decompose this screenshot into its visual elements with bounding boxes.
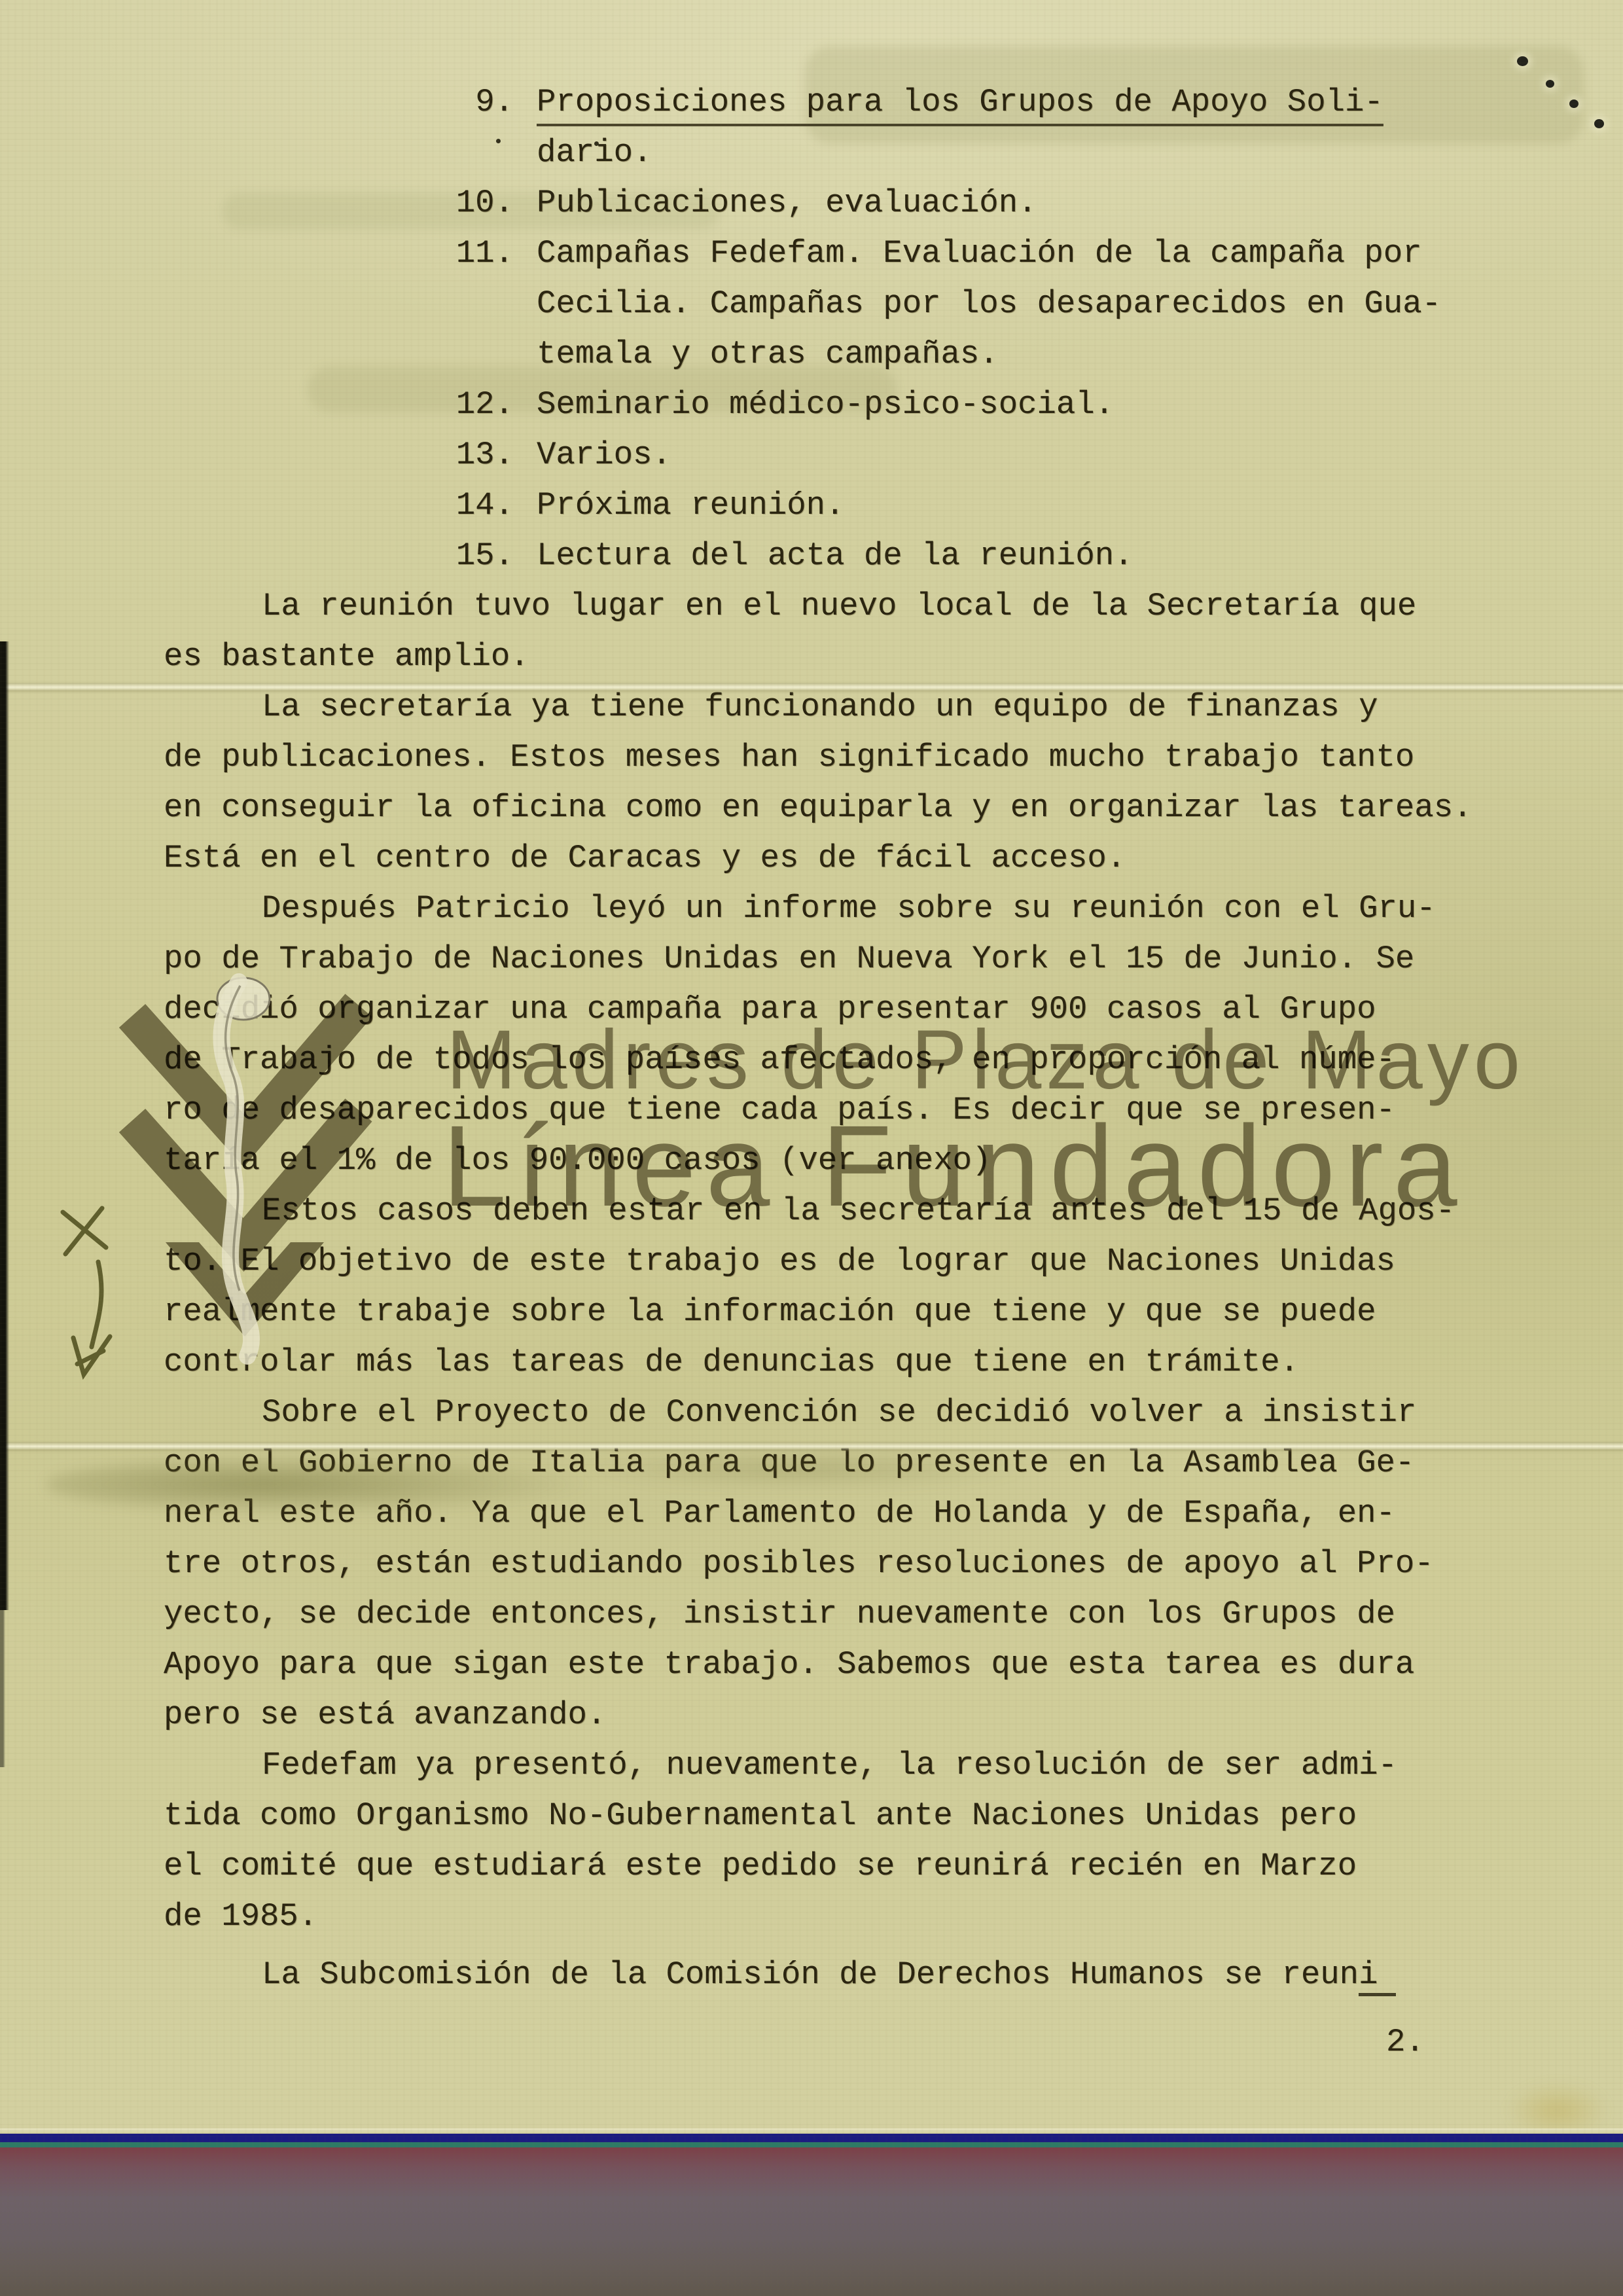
agenda-item-number: 15. [0,531,514,581]
paragraph: Sobre el Proyecto de Convención se decid… [164,1388,1623,1740]
closing-line: La Subcomisión de la Comisión de Derecho… [164,1950,1623,2000]
typed-content: 9.Proposiciones para los Grupos de Apoyo… [0,77,1623,2000]
closing-line-text: La Subcomisión de la Comisión de Derecho… [262,1956,1359,1993]
paragraph: Después Patricio leyó un informe sobre s… [164,884,1623,1186]
agenda-item-number: 10. [0,178,514,228]
paper-bottom-edge [0,2128,1623,2134]
ink-speck [1594,119,1604,128]
agenda-list: 9.Proposiciones para los Grupos de Apoyo… [0,77,1623,581]
stray-ink-dot [496,139,501,143]
stray-ink-dot [594,141,599,146]
scanner-edge-left [0,641,9,1610]
agenda-item-text: Varios. [537,430,671,480]
agenda-item: 15.Lectura del acta de la reunión. [0,531,1623,581]
agenda-item-number: 13. [0,430,514,480]
agenda-item-number: 12. [0,380,514,430]
scan-band-gray [0,2147,1623,2296]
agenda-item: 9.Proposiciones para los Grupos de Apoyo… [0,77,1623,178]
olive-stain-faint [576,1448,1034,1491]
scanned-document-page: 9.Proposiciones para los Grupos de Apoyo… [0,0,1623,2296]
scan-band-teal [0,2142,1623,2147]
agenda-item: 10.Publicaciones, evaluación. [0,178,1623,228]
agenda-item-text: Campañas Fedefam. Evaluación de la campa… [537,228,1441,380]
ink-speck [1546,80,1554,88]
scanner-edge-left-lower [0,1610,5,1767]
agenda-item-number: 14. [0,480,514,531]
fold-crease-upper [0,683,1623,693]
paragraph: Estos casos deben estar en la secretaría… [164,1186,1623,1388]
agenda-item-text: Seminario médico-psico-social. [537,380,1114,430]
paragraph: La secretaría ya tiene funcionando un eq… [164,682,1623,884]
ink-speck [1569,99,1578,108]
agenda-item-text: Publicaciones, evaluación. [537,178,1037,228]
agenda-item: 13.Varios. [0,430,1623,480]
body-paragraphs: La reunión tuvo lugar en el nuevo local … [0,581,1623,1942]
agenda-item: 11.Campañas Fedefam. Evaluación de la ca… [0,228,1623,380]
page-number: 2. [1386,2017,1425,2068]
olive-stain [46,1454,589,1515]
scan-band-blue [0,2134,1623,2142]
agenda-item-text: Proposiciones para los Grupos de Apoyo S… [537,77,1383,178]
ink-speck [1517,56,1528,66]
paragraph: La reunión tuvo lugar en el nuevo local … [164,581,1623,682]
paragraph: Fedefam ya presentó, nuevamente, la reso… [164,1740,1623,1942]
agenda-item: 12.Seminario médico-psico-social. [0,380,1623,430]
agenda-item-number: 11. [0,228,514,380]
agenda-item-text: Próxima reunión. [537,480,844,531]
agenda-item-text: Lectura del acta de la reunión. [537,531,1133,581]
closing-line-underlined: i [1359,1956,1396,1996]
agenda-item-number: 9. [0,77,514,178]
agenda-item: 14.Próxima reunión. [0,480,1623,531]
scanner-bottom-band [0,2128,1623,2296]
